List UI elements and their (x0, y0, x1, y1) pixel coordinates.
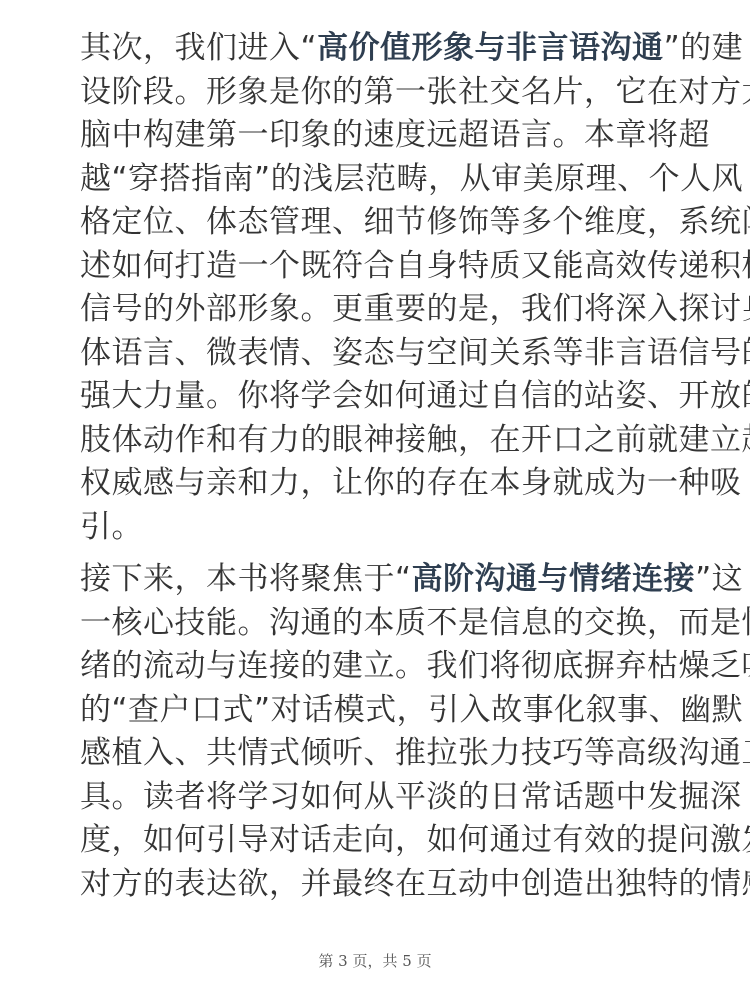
text-line: 述如何打造一个既符合自身特质又能高效传递积极 (80, 245, 696, 289)
highlight-phrase: 高阶沟通与情绪连接 (412, 561, 696, 597)
page-footer: 第 3 页，共 5 页 (0, 950, 750, 971)
text-line: 绪的流动与连接的建立。我们将彻底摒弃枯燥乏味 (80, 645, 696, 689)
paragraph-image-section: 其次，我们进入“高价值形象与非言语沟通”的建 设阶段。形象是你的第一张社交名片，… (80, 27, 696, 549)
text-line: 体语言、微表情、姿态与空间关系等非言语信号的 (80, 332, 696, 376)
text-line: 度，如何引导对话走向，如何通过有效的提问激发 (80, 819, 696, 863)
text-line: 对方的表达欲，并最终在互动中创造出独特的情感 (80, 863, 696, 907)
text-line: 设阶段。形象是你的第一张社交名片，它在对方大 (80, 71, 696, 115)
text-line: 脑中构建第一印象的速度远超语言。本章将超 (80, 114, 696, 158)
text-line: 权威感与亲和力，让你的存在本身就成为一种吸 (80, 462, 696, 506)
text-line: 肢体动作和有力的眼神接触，在开口之前就建立起 (80, 419, 696, 463)
page-number-label: 第 3 页，共 5 页 (318, 952, 431, 970)
text-line: 信号的外部形象。更重要的是，我们将深入探讨身 (80, 288, 696, 332)
text-line: 一核心技能。沟通的本质不是信息的交换，而是情 (80, 602, 696, 646)
text-line: 接下来，本书将聚焦于“高阶沟通与情绪连接”这 (80, 558, 696, 602)
text-line: 其次，我们进入“高价值形象与非言语沟通”的建 (80, 27, 696, 71)
text-span: 接下来，本书将聚焦于“ (80, 561, 412, 597)
text-line: 越“穿搭指南”的浅层范畴，从审美原理、个人风 (80, 158, 696, 202)
text-line: 的“查户口式”对话模式，引入故事化叙事、幽默 (80, 689, 696, 733)
text-line: 感植入、共情式倾听、推拉张力技巧等高级沟通工 (80, 732, 696, 776)
text-line: 格定位、体态管理、细节修饰等多个维度，系统阐 (80, 201, 696, 245)
document-page: 其次，我们进入“高价值形象与非言语沟通”的建 设阶段。形象是你的第一张社交名片，… (80, 27, 696, 915)
text-line: 强大力量。你将学会如何通过自信的站姿、开放的 (80, 375, 696, 419)
text-line: 引。 (80, 506, 696, 550)
paragraph-communication-section: 接下来，本书将聚焦于“高阶沟通与情绪连接”这 一核心技能。沟通的本质不是信息的交… (80, 558, 696, 906)
text-span: ”这 (695, 561, 743, 597)
text-line: 具。读者将学习如何从平淡的日常话题中发掘深 (80, 776, 696, 820)
text-span: ”的建 (664, 30, 744, 66)
text-span: 其次，我们进入“ (80, 30, 317, 66)
highlight-phrase: 高价值形象与非言语沟通 (317, 30, 664, 66)
